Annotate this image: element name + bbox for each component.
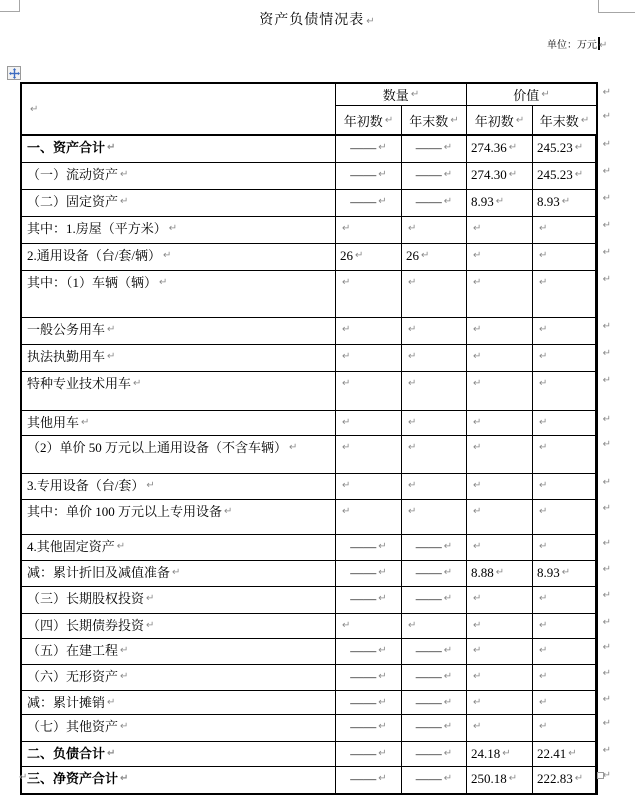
- pilcrow-mark: ↵: [496, 565, 504, 581]
- row-label: 减：累计摊销: [27, 695, 105, 711]
- pilcrow-mark: ↵: [444, 695, 452, 711]
- row-label: 一般公务用车: [27, 322, 105, 338]
- pilcrow-mark: ↵: [539, 719, 547, 735]
- table-cell[interactable]: ↵: [533, 587, 596, 613]
- row-label-cell[interactable]: 执法执勤用车↵: [22, 345, 336, 371]
- pilcrow-mark: ↵: [603, 375, 611, 386]
- pilcrow-mark: ↵: [421, 248, 429, 264]
- pilcrow-mark: ↵: [342, 221, 350, 237]
- row-label-cell[interactable]: 2.通用设备（台/套/辆）↵: [22, 244, 336, 270]
- table-move-handle[interactable]: [7, 66, 21, 80]
- pilcrow-mark: ↵: [120, 771, 128, 787]
- row-label: 二、负债合计: [27, 746, 105, 762]
- pilcrow-mark: ↵: [473, 376, 481, 392]
- table-row: 二、负债合计↵——↵——↵24.18↵22.41↵↵: [22, 742, 596, 767]
- pilcrow-mark: ↵: [603, 590, 611, 601]
- header-sub-cell[interactable]: 年初数↵: [467, 106, 533, 134]
- pilcrow-mark: ↵: [107, 746, 115, 762]
- pilcrow-mark: ↵: [603, 564, 611, 575]
- table-cell[interactable]: ——↵: [402, 535, 467, 560]
- cell-value: ——: [416, 669, 442, 685]
- table-cell[interactable]: ↵: [533, 535, 596, 560]
- pilcrow-mark: ↵: [539, 248, 547, 264]
- table-cell[interactable]: 26↵: [336, 244, 402, 270]
- row-label: （三）长期股权投资: [27, 591, 144, 607]
- pilcrow-mark: ↵: [539, 643, 547, 659]
- pilcrow-mark: ↵: [120, 669, 128, 685]
- pilcrow-mark: ↵: [120, 719, 128, 735]
- table-cell[interactable]: ↵: [533, 500, 596, 534]
- row-label-cell[interactable]: 减：累计摊销↵: [22, 691, 336, 714]
- pilcrow-mark: ↵: [378, 719, 386, 735]
- row-label: 3.专用设备（台/套）: [27, 478, 144, 494]
- cell-value: ——: [350, 167, 376, 183]
- pilcrow-mark: ↵: [603, 193, 611, 204]
- cell-value: 245.23: [537, 167, 573, 183]
- pilcrow-mark: ↵: [539, 478, 547, 494]
- pilcrow-mark: ↵: [581, 115, 589, 126]
- pilcrow-mark: ↵: [444, 746, 452, 762]
- cell-value: ——: [416, 746, 442, 762]
- table-cell[interactable]: ↵: [533, 691, 596, 714]
- table-cell[interactable]: ↵: [336, 614, 402, 638]
- pilcrow-mark: ↵: [408, 275, 416, 291]
- row-label: 一、资产合计: [27, 140, 105, 156]
- pilcrow-mark: ↵: [450, 115, 458, 126]
- pilcrow-mark: ↵: [355, 248, 363, 264]
- row-label: （四）长期债券投资: [27, 618, 144, 634]
- pilcrow-mark: ↵: [224, 504, 232, 520]
- table-cell[interactable]: ↵: [336, 318, 402, 344]
- row-label: 2.通用设备（台/套/辆）: [27, 248, 161, 264]
- table-cell[interactable]: ↵: [467, 411, 533, 435]
- pilcrow-mark: ↵: [539, 275, 547, 291]
- table-cell[interactable]: ↵: [336, 436, 402, 473]
- table-cell[interactable]: ——↵: [336, 639, 402, 664]
- table-cell[interactable]: ——↵: [402, 561, 467, 586]
- cell-value: ——: [350, 719, 376, 735]
- table-cell[interactable]: ↵: [467, 474, 533, 499]
- row-label-cell[interactable]: （五）在建工程↵: [22, 639, 336, 664]
- pilcrow-mark: ↵: [603, 694, 611, 705]
- table-cell[interactable]: 250.18↵: [467, 767, 533, 793]
- table-resize-handle[interactable]: [597, 772, 604, 779]
- row-label-cell[interactable]: （2）单价 50 万元以上通用设备（不含车辆）↵: [22, 436, 336, 473]
- pilcrow-mark: ↵: [539, 618, 547, 634]
- pilcrow-mark: ↵: [378, 746, 386, 762]
- pilcrow-mark: ↵: [107, 322, 115, 338]
- table-cell[interactable]: ——↵: [336, 691, 402, 714]
- table-cell[interactable]: ↵: [336, 217, 402, 243]
- pilcrow-mark: ↵: [509, 771, 517, 787]
- table-cell[interactable]: ——↵: [402, 190, 467, 216]
- pilcrow-mark: ↵: [378, 539, 386, 555]
- table-cell[interactable]: ——↵: [336, 136, 402, 162]
- table-cell[interactable]: ↵: [402, 436, 467, 473]
- pilcrow-mark: ↵: [603, 414, 611, 425]
- row-label-cell[interactable]: 其中：单价 100 万元以上专用设备↵: [22, 500, 336, 534]
- table-cell[interactable]: 8.88↵: [467, 561, 533, 586]
- cell-value: ——: [350, 140, 376, 156]
- pilcrow-mark: ↵: [603, 348, 611, 359]
- row-label-cell[interactable]: 特种专业技术用车↵: [22, 372, 336, 410]
- table-cell[interactable]: ——↵: [402, 767, 467, 793]
- cell-value: ——: [416, 140, 442, 156]
- table-cell[interactable]: ↵: [533, 715, 596, 741]
- table-cell[interactable]: ——↵: [336, 665, 402, 690]
- table-row: （三）长期股权投资↵——↵——↵↵↵↵: [22, 587, 596, 614]
- row-label-cell[interactable]: （二）固定资产↵: [22, 190, 336, 216]
- pilcrow-mark: ↵: [444, 771, 452, 787]
- table-cell[interactable]: ↵: [467, 271, 533, 317]
- table-cell[interactable]: ——↵: [336, 535, 402, 560]
- table-cell[interactable]: ——↵: [336, 767, 402, 793]
- pilcrow-mark: ↵: [444, 643, 452, 659]
- cell-value: ——: [416, 167, 442, 183]
- pilcrow-mark: ↵: [133, 376, 141, 392]
- cell-value: 222.83: [537, 771, 573, 787]
- row-label-cell[interactable]: 其他用车↵: [22, 411, 336, 435]
- pilcrow-mark: ↵: [378, 695, 386, 711]
- pilcrow-mark: ↵: [603, 274, 611, 285]
- header-sub-cell[interactable]: 年末数↵: [402, 106, 467, 134]
- pilcrow-mark: ↵: [575, 140, 583, 156]
- row-label: 减：累计折旧及减值准备: [27, 565, 170, 581]
- cell-value: ——: [416, 539, 442, 555]
- pilcrow-mark: ↵: [81, 415, 89, 431]
- table-cell[interactable]: ↵: [533, 411, 596, 435]
- table-cell[interactable]: ↵: [336, 411, 402, 435]
- pilcrow-mark: ↵: [342, 376, 350, 392]
- pilcrow-mark: ↵: [568, 746, 576, 762]
- pilcrow-mark: ↵: [444, 719, 452, 735]
- header-sub-label: 年初数: [344, 111, 383, 130]
- table-cell[interactable]: ↵: [467, 715, 533, 741]
- table-cell[interactable]: ↵: [336, 474, 402, 499]
- pilcrow-mark: ↵: [378, 771, 386, 787]
- table-cell[interactable]: ——↵: [402, 163, 467, 189]
- table-row: 2.通用设备（台/套/辆）↵26↵26↵↵↵↵: [22, 244, 596, 271]
- table-row: 4.其他固定资产↵——↵——↵↵↵↵: [22, 535, 596, 561]
- unit-label-text: 单位：万元: [547, 40, 597, 51]
- pilcrow-mark: ↵: [516, 115, 524, 126]
- table-cell[interactable]: ↵: [402, 345, 467, 371]
- pilcrow-mark: ↵: [120, 194, 128, 210]
- pilcrow-mark: ↵: [575, 167, 583, 183]
- document-title-text: 资产负债情况表: [259, 13, 364, 28]
- table-cell[interactable]: ↵: [467, 500, 533, 534]
- header-sub-cell[interactable]: 年末数↵: [533, 106, 596, 134]
- table-cell[interactable]: ↵: [467, 217, 533, 243]
- header-corner-cell[interactable]: ↵: [22, 84, 336, 134]
- pilcrow-mark: ↵: [473, 415, 481, 431]
- cell-value: 250.18: [471, 771, 507, 787]
- pilcrow-mark: ↵: [117, 539, 125, 555]
- table-cell[interactable]: ↵: [467, 691, 533, 714]
- table-row: 一般公务用车↵↵↵↵↵↵: [22, 318, 596, 345]
- pilcrow-mark: ↵: [603, 642, 611, 653]
- pilcrow-mark: ↵: [603, 321, 611, 332]
- table-cell[interactable]: 26↵: [402, 244, 467, 270]
- table-cell[interactable]: ↵: [402, 271, 467, 317]
- cell-value: ——: [416, 719, 442, 735]
- table-row: 一、资产合计↵——↵——↵274.36↵245.23↵↵: [22, 136, 596, 163]
- table-row: 三、净资产合计↵——↵——↵250.18↵222.83↵↵: [22, 767, 596, 793]
- table-cell[interactable]: ↵: [467, 372, 533, 410]
- cell-value: ——: [416, 194, 442, 210]
- table-cell[interactable]: ↵: [533, 614, 596, 638]
- row-label-cell[interactable]: 减：累计折旧及减值准备↵: [22, 561, 336, 586]
- table-cell[interactable]: 274.36↵: [467, 136, 533, 162]
- row-label: （五）在建工程: [27, 643, 118, 659]
- pilcrow-mark: ↵: [603, 617, 611, 628]
- table-cell[interactable]: ↵: [336, 372, 402, 410]
- row-label-cell[interactable]: （一）流动资产↵: [22, 163, 336, 189]
- pilcrow-mark: ↵: [444, 140, 452, 156]
- table-cell[interactable]: 8.93↵: [533, 561, 596, 586]
- row-label-cell[interactable]: （三）长期股权投资↵: [22, 587, 336, 613]
- pilcrow-mark: ↵: [444, 194, 452, 210]
- row-label: 其中：单价 100 万元以上专用设备: [27, 504, 222, 520]
- header-quantity-label: 数量: [383, 85, 409, 104]
- pilcrow-mark: ↵: [575, 771, 583, 787]
- cell-value: 24.18: [471, 746, 500, 762]
- table-cell[interactable]: ↵: [533, 318, 596, 344]
- pilcrow-mark: ↵: [169, 221, 177, 237]
- pilcrow-mark: ↵: [342, 478, 350, 494]
- pilcrow-mark: ↵: [603, 668, 611, 679]
- pilcrow-mark: ↵: [473, 591, 481, 607]
- row-label: （六）无形资产: [27, 669, 118, 685]
- table-cell[interactable]: ↵: [402, 411, 467, 435]
- pilcrow-mark: ↵: [539, 440, 547, 456]
- header-value-label: 价值: [513, 85, 539, 104]
- table-cell[interactable]: ↵: [402, 474, 467, 499]
- table-cell[interactable]: ——↵: [402, 691, 467, 714]
- table-cell[interactable]: ——↵: [402, 665, 467, 690]
- table-cell[interactable]: ——↵: [336, 190, 402, 216]
- table-cell[interactable]: ↵: [467, 345, 533, 371]
- table-cell[interactable]: ↵: [533, 345, 596, 371]
- row-label-cell[interactable]: 其中：（1）车辆（辆）↵: [22, 271, 336, 317]
- pilcrow-mark: ↵: [603, 477, 611, 488]
- table-cell[interactable]: ↵: [336, 271, 402, 317]
- pilcrow-mark: ↵: [342, 440, 350, 456]
- row-label-cell[interactable]: （六）无形资产↵: [22, 665, 336, 690]
- row-label: （二）固定资产: [27, 194, 118, 210]
- pilcrow-mark: ↵: [342, 322, 350, 338]
- pilcrow-mark: ↵: [146, 478, 154, 494]
- table-cell[interactable]: ↵: [533, 217, 596, 243]
- table-cell[interactable]: 8.93↵: [467, 190, 533, 216]
- table-cell[interactable]: ↵: [533, 474, 596, 499]
- table-cell[interactable]: ↵: [402, 217, 467, 243]
- table-row: （六）无形资产↵——↵——↵↵↵↵: [22, 665, 596, 691]
- row-label-cell[interactable]: 一、资产合计↵: [22, 136, 336, 162]
- row-label-cell[interactable]: 其中：1.房屋（平方米）↵: [22, 217, 336, 243]
- table-cell[interactable]: 22.41↵: [533, 742, 596, 766]
- table-cell[interactable]: 245.23↵: [533, 163, 596, 189]
- pilcrow-mark: ↵: [473, 669, 481, 685]
- table-cell[interactable]: ↵: [533, 639, 596, 664]
- row-label: 其中：1.房屋（平方米）: [27, 221, 167, 237]
- table-cell[interactable]: ——↵: [402, 639, 467, 664]
- table-row: 其他用车↵↵↵↵↵↵: [22, 411, 596, 436]
- cell-value: 8.88: [471, 565, 494, 581]
- table-cell[interactable]: ↵: [402, 318, 467, 344]
- table-row: （2）单价 50 万元以上通用设备（不含车辆）↵↵↵↵↵↵: [22, 436, 596, 474]
- pilcrow-mark: ↵: [539, 695, 547, 711]
- pilcrow-mark: ↵: [342, 504, 350, 520]
- table-cell[interactable]: ↵: [336, 345, 402, 371]
- table-cell[interactable]: ↵: [402, 500, 467, 534]
- table-cell[interactable]: ↵: [467, 639, 533, 664]
- header-sub-label: 年末数: [409, 111, 448, 130]
- row-label-cell[interactable]: （四）长期债券投资↵: [22, 614, 336, 638]
- row-label-cell[interactable]: 4.其他固定资产↵: [22, 535, 336, 560]
- pilcrow-mark: ↵: [408, 440, 416, 456]
- pilcrow-mark: ↵: [496, 194, 504, 210]
- table-cell[interactable]: ——↵: [336, 561, 402, 586]
- row-label-cell[interactable]: 一般公务用车↵: [22, 318, 336, 344]
- pilcrow-mark: ↵: [473, 539, 481, 555]
- pilcrow-mark: ↵: [289, 440, 297, 456]
- cell-value: 274.30: [471, 167, 507, 183]
- pilcrow-mark: ↵: [473, 248, 481, 264]
- table-cell[interactable]: ↵: [533, 665, 596, 690]
- table-row: （四）长期债券投资↵↵↵↵↵↵: [22, 614, 596, 639]
- pilcrow-mark: ↵: [342, 275, 350, 291]
- pilcrow-mark: ↵: [603, 439, 611, 450]
- table-cell[interactable]: 8.93↵: [533, 190, 596, 216]
- row-label: 三、净资产合计: [27, 771, 118, 787]
- table-cell[interactable]: 245.23↵: [533, 136, 596, 162]
- table-cell[interactable]: ↵: [467, 587, 533, 613]
- row-label: 其中：（1）车辆（辆）: [27, 275, 157, 291]
- pilcrow-mark: ↵: [146, 618, 154, 634]
- row-label-cell[interactable]: 三、净资产合计↵: [22, 767, 336, 793]
- pilcrow-mark: ↵: [342, 349, 350, 365]
- pilcrow-mark: ↵: [473, 349, 481, 365]
- table-row: （五）在建工程↵——↵——↵↵↵↵: [22, 639, 596, 665]
- table-cell[interactable]: 274.30↵: [467, 163, 533, 189]
- pilcrow-mark: ↵: [509, 167, 517, 183]
- pilcrow-mark: ↵: [539, 669, 547, 685]
- pilcrow-mark: ↵: [342, 415, 350, 431]
- table-cell[interactable]: ↵: [467, 665, 533, 690]
- table-cell[interactable]: ↵: [533, 244, 596, 270]
- balance-sheet-table: ↵数量↵价值↵年初数↵年末数↵年初数↵年末数↵↵↵一、资产合计↵——↵——↵27…: [20, 82, 598, 795]
- pilcrow-mark: ↵: [603, 87, 611, 98]
- table-cell[interactable]: ——↵: [336, 163, 402, 189]
- table-cell[interactable]: ——↵: [336, 715, 402, 741]
- cell-value: ——: [416, 643, 442, 659]
- pilcrow-mark: ↵: [107, 695, 115, 711]
- pilcrow-mark: ↵: [444, 591, 452, 607]
- pilcrow-mark: ↵: [539, 415, 547, 431]
- pilcrow-mark: ↵: [120, 643, 128, 659]
- table-row: （一）流动资产↵——↵——↵274.30↵245.23↵↵: [22, 163, 596, 190]
- header-sub-label: 年末数: [540, 111, 579, 130]
- cell-value: ——: [416, 565, 442, 581]
- pilcrow-mark: ↵: [539, 221, 547, 237]
- pilcrow-mark: ↵: [539, 376, 547, 392]
- pilcrow-mark: ↵: [366, 16, 375, 27]
- table-cell[interactable]: ——↵: [336, 742, 402, 766]
- table-cell[interactable]: ↵: [402, 372, 467, 410]
- table-cell[interactable]: ——↵: [402, 587, 467, 613]
- table-cell[interactable]: ↵: [533, 436, 596, 473]
- pilcrow-mark: ↵: [107, 140, 115, 156]
- document-title[interactable]: 资产负债情况表↵: [0, 9, 635, 29]
- cell-value: 8.93: [537, 194, 560, 210]
- table-cell[interactable]: ——↵: [402, 136, 467, 162]
- cell-value: 26: [340, 248, 353, 264]
- cell-value: ——: [350, 539, 376, 555]
- table-cell[interactable]: ↵: [467, 244, 533, 270]
- table-cell[interactable]: ——↵: [336, 587, 402, 613]
- cell-value: ——: [350, 194, 376, 210]
- table-cell[interactable]: 24.18↵: [467, 742, 533, 766]
- pilcrow-mark: ↵: [408, 618, 416, 634]
- pilcrow-mark: ↵: [378, 167, 386, 183]
- cell-value: 22.41: [537, 746, 566, 762]
- header-sub-cell[interactable]: 年初数↵: [336, 106, 402, 134]
- pilcrow-mark: ↵: [539, 539, 547, 555]
- row-label-cell[interactable]: 二、负债合计↵: [22, 742, 336, 766]
- pilcrow-mark: ↵: [539, 591, 547, 607]
- header-group-row: 数量↵价值↵: [336, 84, 596, 106]
- table-row: 执法执勤用车↵↵↵↵↵↵: [22, 345, 596, 372]
- pilcrow-mark: ↵: [444, 167, 452, 183]
- table-cell[interactable]: ↵: [467, 436, 533, 473]
- row-label: 执法执勤用车: [27, 349, 105, 365]
- table-cell[interactable]: ↵: [533, 372, 596, 410]
- table-cell[interactable]: ——↵: [402, 715, 467, 741]
- pilcrow-mark: ↵: [30, 104, 38, 115]
- table-cell[interactable]: ↵: [467, 614, 533, 638]
- table-cell[interactable]: 222.83↵: [533, 767, 596, 793]
- table-row: （二）固定资产↵——↵——↵8.93↵8.93↵↵: [22, 190, 596, 217]
- table-cell[interactable]: ↵: [467, 535, 533, 560]
- row-label-cell[interactable]: 3.专用设备（台/套）↵: [22, 474, 336, 499]
- cell-value: ——: [416, 591, 442, 607]
- pilcrow-mark: ↵: [599, 40, 607, 51]
- table-cell[interactable]: ↵: [467, 318, 533, 344]
- header-value-group[interactable]: 价值↵: [467, 84, 596, 106]
- table-row: 其中：单价 100 万元以上专用设备↵↵↵↵↵↵: [22, 500, 596, 535]
- pilcrow-mark: ↵: [603, 247, 611, 258]
- cell-value: ——: [350, 565, 376, 581]
- cell-value: ——: [350, 746, 376, 762]
- pilcrow-mark: ↵: [562, 194, 570, 210]
- pilcrow-mark: ↵: [603, 139, 611, 150]
- header-sub-row: 年初数↵年末数↵年初数↵年末数↵: [336, 106, 596, 134]
- pilcrow-mark: ↵: [19, 772, 27, 783]
- table-cell[interactable]: ↵: [336, 500, 402, 534]
- pilcrow-mark: ↵: [473, 643, 481, 659]
- table-cell[interactable]: ——↵: [402, 742, 467, 766]
- pilcrow-mark: ↵: [603, 503, 611, 514]
- row-label-cell[interactable]: （七）其他资产↵: [22, 715, 336, 741]
- pilcrow-mark: ↵: [378, 591, 386, 607]
- pilcrow-mark: ↵: [444, 669, 452, 685]
- table-cell[interactable]: ↵: [533, 271, 596, 317]
- table-cell[interactable]: ↵: [402, 614, 467, 638]
- header-quantity-group[interactable]: 数量↵: [336, 84, 467, 106]
- unit-label[interactable]: 单位：万元↵: [547, 36, 607, 51]
- cell-value: 8.93: [471, 194, 494, 210]
